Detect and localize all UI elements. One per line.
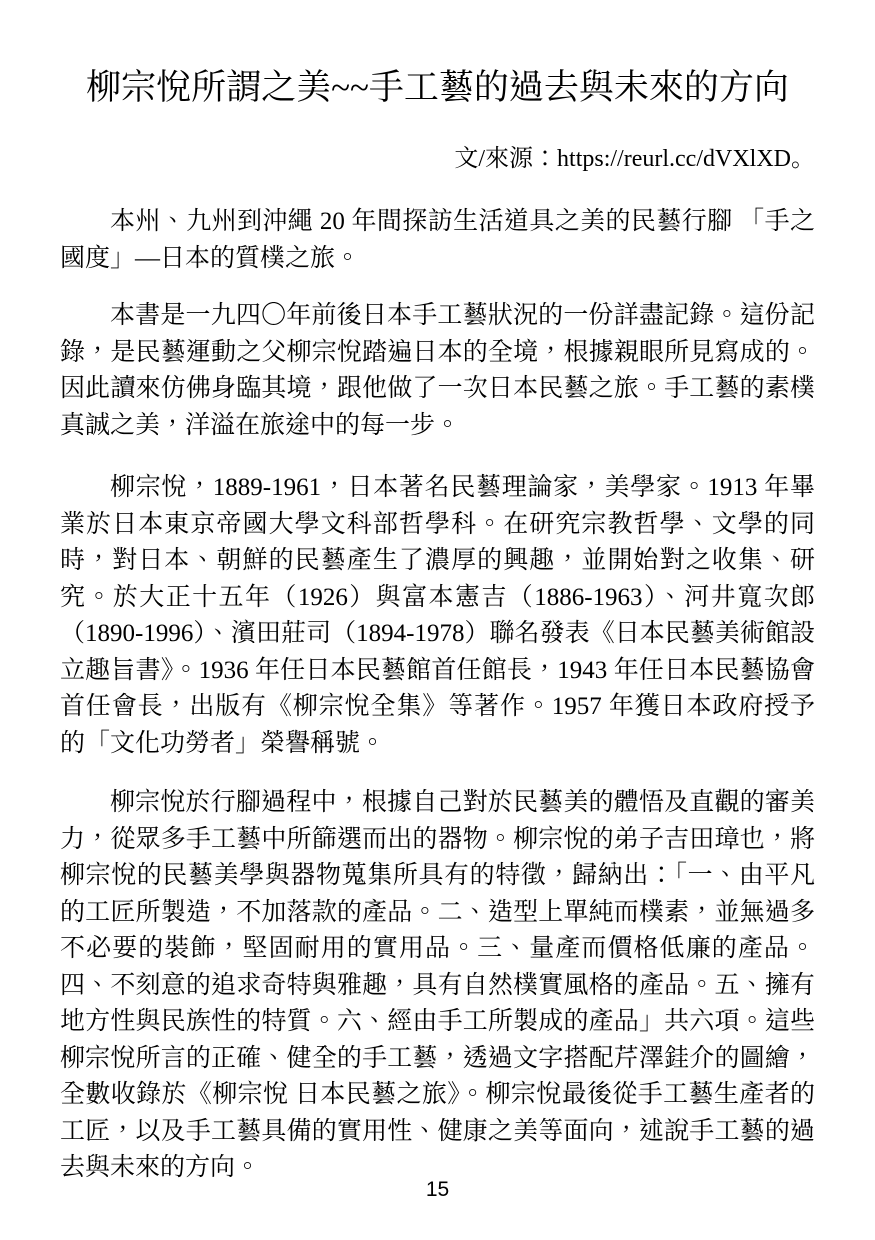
page-content: 柳宗悅所謂之美~~手工藝的過去與未來的方向 文/來源：https://reurl… — [0, 0, 875, 1187]
paragraph-biography: 柳宗悅，1889-1961，日本著名民藝理論家，美學家。1913 年畢業於日本東… — [60, 470, 815, 762]
source-line: 文/來源：https://reurl.cc/dVXlXD。 — [60, 142, 815, 176]
paragraph-book-description: 本書是一九四〇年前後日本手工藝狀況的一份詳盡記錄。這份記錄，是民藝運動之父柳宗悅… — [60, 298, 815, 444]
article-body: 本州、九州到沖繩 20 年間探訪生活道具之美的民藝行腳 「手之國度」—日本的質樸… — [60, 204, 815, 1187]
page-title: 柳宗悅所謂之美~~手工藝的過去與未來的方向 — [60, 64, 815, 112]
page-number: 15 — [0, 1176, 875, 1204]
document-page: 柳宗悅所謂之美~~手工藝的過去與未來的方向 文/來源：https://reurl… — [0, 0, 875, 1240]
paragraph-mingei-criteria: 柳宗悅於行腳過程中，根據自己對於民藝美的體悟及直觀的審美力，從眾多手工藝中所篩選… — [60, 785, 815, 1187]
paragraph-intro: 本州、九州到沖繩 20 年間探訪生活道具之美的民藝行腳 「手之國度」—日本的質樸… — [60, 204, 815, 277]
